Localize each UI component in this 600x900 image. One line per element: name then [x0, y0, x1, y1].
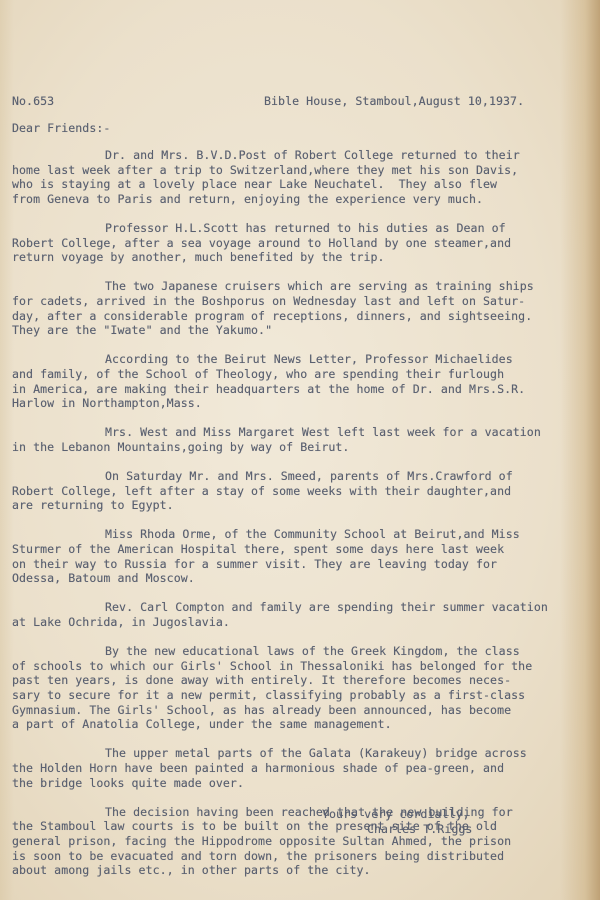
paragraph-line: for cadets, arrived in the Boshporus on …	[12, 294, 548, 309]
letter-body: Dr. and Mrs. B.V.D.Post of Robert Colleg…	[12, 148, 548, 892]
paragraph-line: the Holden Horn have been painted a harm…	[12, 761, 548, 776]
paragraph-line: The upper metal parts of the Galata (Kar…	[12, 746, 548, 761]
paragraph-line: from Geneva to Paris and return, enjoyin…	[12, 192, 548, 207]
letter-number: No.653	[12, 94, 54, 109]
paragraph-line: On Saturday Mr. and Mrs. Smeed, parents …	[12, 469, 548, 484]
paragraph: The upper metal parts of the Galata (Kar…	[12, 746, 548, 790]
paragraph-line: who is staying at a lovely place near La…	[12, 177, 548, 192]
paragraph: Rev. Carl Compton and family are spendin…	[12, 600, 548, 629]
paragraph: Dr. and Mrs. B.V.D.Post of Robert Colleg…	[12, 148, 548, 206]
paragraph-line: in the Lebanon Mountains,going by way of…	[12, 440, 548, 455]
paragraph-line: The two Japanese cruisers which are serv…	[12, 279, 548, 294]
paragraph: Miss Rhoda Orme, of the Community School…	[12, 527, 548, 585]
paragraph-line: on their way to Russia for a summer visi…	[12, 557, 548, 572]
closing: Yours very cordially,	[322, 807, 470, 822]
paragraph-line: day, after a considerable program of rec…	[12, 309, 548, 324]
typewritten-letter: No.653 Bible House, Stamboul,August 10,1…	[12, 94, 592, 225]
paragraph: Mrs. West and Miss Margaret West left la…	[12, 425, 548, 454]
paragraph-line: Gymnasium. The Girls' School, as has alr…	[12, 703, 548, 718]
paragraph-line: By the new educational laws of the Greek…	[12, 644, 548, 659]
paragraph-line: Rev. Carl Compton and family are spendin…	[12, 600, 548, 615]
salutation: Dear Friends:-	[12, 121, 110, 136]
paragraph-line: of schools to which our Girls' School in…	[12, 659, 548, 674]
paragraph-line: is soon to be evacuated and torn down, t…	[12, 849, 548, 864]
signature: Charles T.Riggs	[367, 822, 472, 837]
paragraph-line: Robert College, after a sea voyage aroun…	[12, 236, 548, 251]
paragraph-line: the bridge looks quite made over.	[12, 776, 548, 791]
paragraph-line: Mrs. West and Miss Margaret West left la…	[12, 425, 548, 440]
paragraph-line: Dr. and Mrs. B.V.D.Post of Robert Colleg…	[12, 148, 548, 163]
paragraph-line: home last week after a trip to Switzerla…	[12, 163, 548, 178]
paragraph-line: about among jails etc., in other parts o…	[12, 863, 548, 878]
paragraph-line: return voyage by another, much benefited…	[12, 250, 548, 265]
paragraph: According to the Beirut News Letter, Pro…	[12, 352, 548, 410]
paragraph-line: Sturmer of the American Hospital there, …	[12, 542, 548, 557]
paragraph-line: are returning to Egypt.	[12, 498, 548, 513]
paragraph: Professor H.L.Scott has returned to his …	[12, 221, 548, 265]
paragraph-line: They are the "Iwate" and the Yakumo."	[12, 323, 548, 338]
paragraph-line: in America, are making their headquarter…	[12, 382, 548, 397]
paragraph-line: Miss Rhoda Orme, of the Community School…	[12, 527, 548, 542]
paragraph-line: past ten years, is done away with entire…	[12, 673, 548, 688]
paragraph-line: Robert College, left after a stay of som…	[12, 484, 548, 499]
paragraph-line: a part of Anatolia College, under the sa…	[12, 717, 548, 732]
paragraph-line: at Lake Ochrida, in Jugoslavia.	[12, 615, 548, 630]
paragraph-line: Professor H.L.Scott has returned to his …	[12, 221, 548, 236]
paragraph-line: and family, of the School of Theology, w…	[12, 367, 548, 382]
paragraph-line: Odessa, Batoum and Moscow.	[12, 571, 548, 586]
paragraph-line: Harlow in Northampton,Mass.	[12, 396, 548, 411]
paragraph-line: sary to secure for it a new permit, clas…	[12, 688, 548, 703]
paragraph-line: According to the Beirut News Letter, Pro…	[12, 352, 548, 367]
place-and-date: Bible House, Stamboul,August 10,1937.	[264, 94, 524, 109]
paragraph: The two Japanese cruisers which are serv…	[12, 279, 548, 337]
paragraph: On Saturday Mr. and Mrs. Smeed, parents …	[12, 469, 548, 513]
paragraph: By the new educational laws of the Greek…	[12, 644, 548, 732]
